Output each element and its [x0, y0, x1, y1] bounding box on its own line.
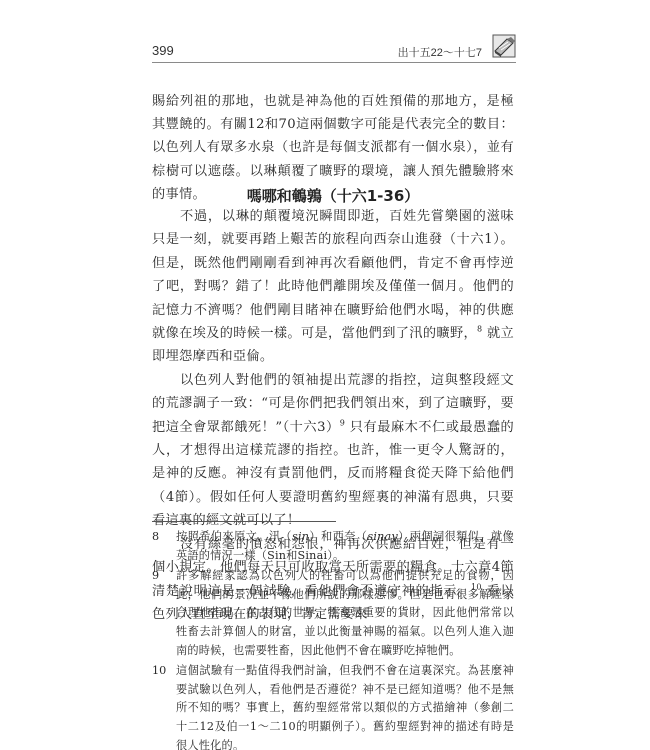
footnote-divider [152, 521, 336, 522]
footnote-10: 10 這個試驗有一點值得我們討論，但我們不會在這裏深究。為甚麼神要試驗以色列人，… [152, 662, 514, 750]
section-paragraph-2: 以色列人對他們的領袖提出荒謬的指控，這與整段經文的荒謬調子一致：“可是你們把我們… [152, 369, 514, 533]
footnote-text: 許多解經家認為以色列人的牲畜可以為他們提供充足的食物，因此，他們的景況並不像他們… [176, 567, 514, 660]
footnote-text: 這個試驗有一點值得我們討論，但我們不會在這裏深究。為甚麼神要試驗以色列人，看他們… [176, 662, 514, 750]
footnote-8: 8 按照希伯來原文，汛（sin）和西奈（sinay）兩個詞很類似，就像英語的情況… [152, 528, 514, 565]
page-header: 399 出十五22～十七7 [152, 40, 516, 63]
running-head: 出十五22～十七7 [398, 44, 482, 60]
section-paragraph-1: 不過，以琳的顛覆境況瞬間即逝，百姓先嘗樂園的滋味只是一刻，就要再踏上艱苦的旅程向… [152, 205, 514, 369]
footnote-9: 9 許多解經家認為以色列人的牲畜可以為他們提供充足的食物，因此，他們的景況並不像… [152, 567, 514, 660]
footnote-text: 按照希伯來原文，汛（sin）和西奈（sinay）兩個詞很類似，就像英語的情況一樣… [176, 528, 514, 565]
page-number: 399 [152, 43, 174, 58]
footnote-number: 9 [152, 567, 176, 660]
footnote-number: 8 [152, 528, 176, 565]
footnotes: 8 按照希伯來原文，汛（sin）和西奈（sinay）兩個詞很類似，就像英語的情況… [152, 528, 514, 750]
paragraph-text: 只有最麻木不仁或最愚蠢的人，才想得出這樣荒謬的指控。也許，惟一更令人驚訝的，是神… [152, 420, 514, 529]
book-scroll-icon [492, 34, 516, 58]
paragraph-text: 不過，以琳的顛覆境況瞬間即逝，百姓先嘗樂園的滋味只是一刻，就要再踏上艱苦的旅程向… [152, 209, 514, 341]
section-title: 嗎哪和鵪鶉（十六1-36） [152, 185, 514, 206]
footnote-number: 10 [152, 662, 176, 750]
